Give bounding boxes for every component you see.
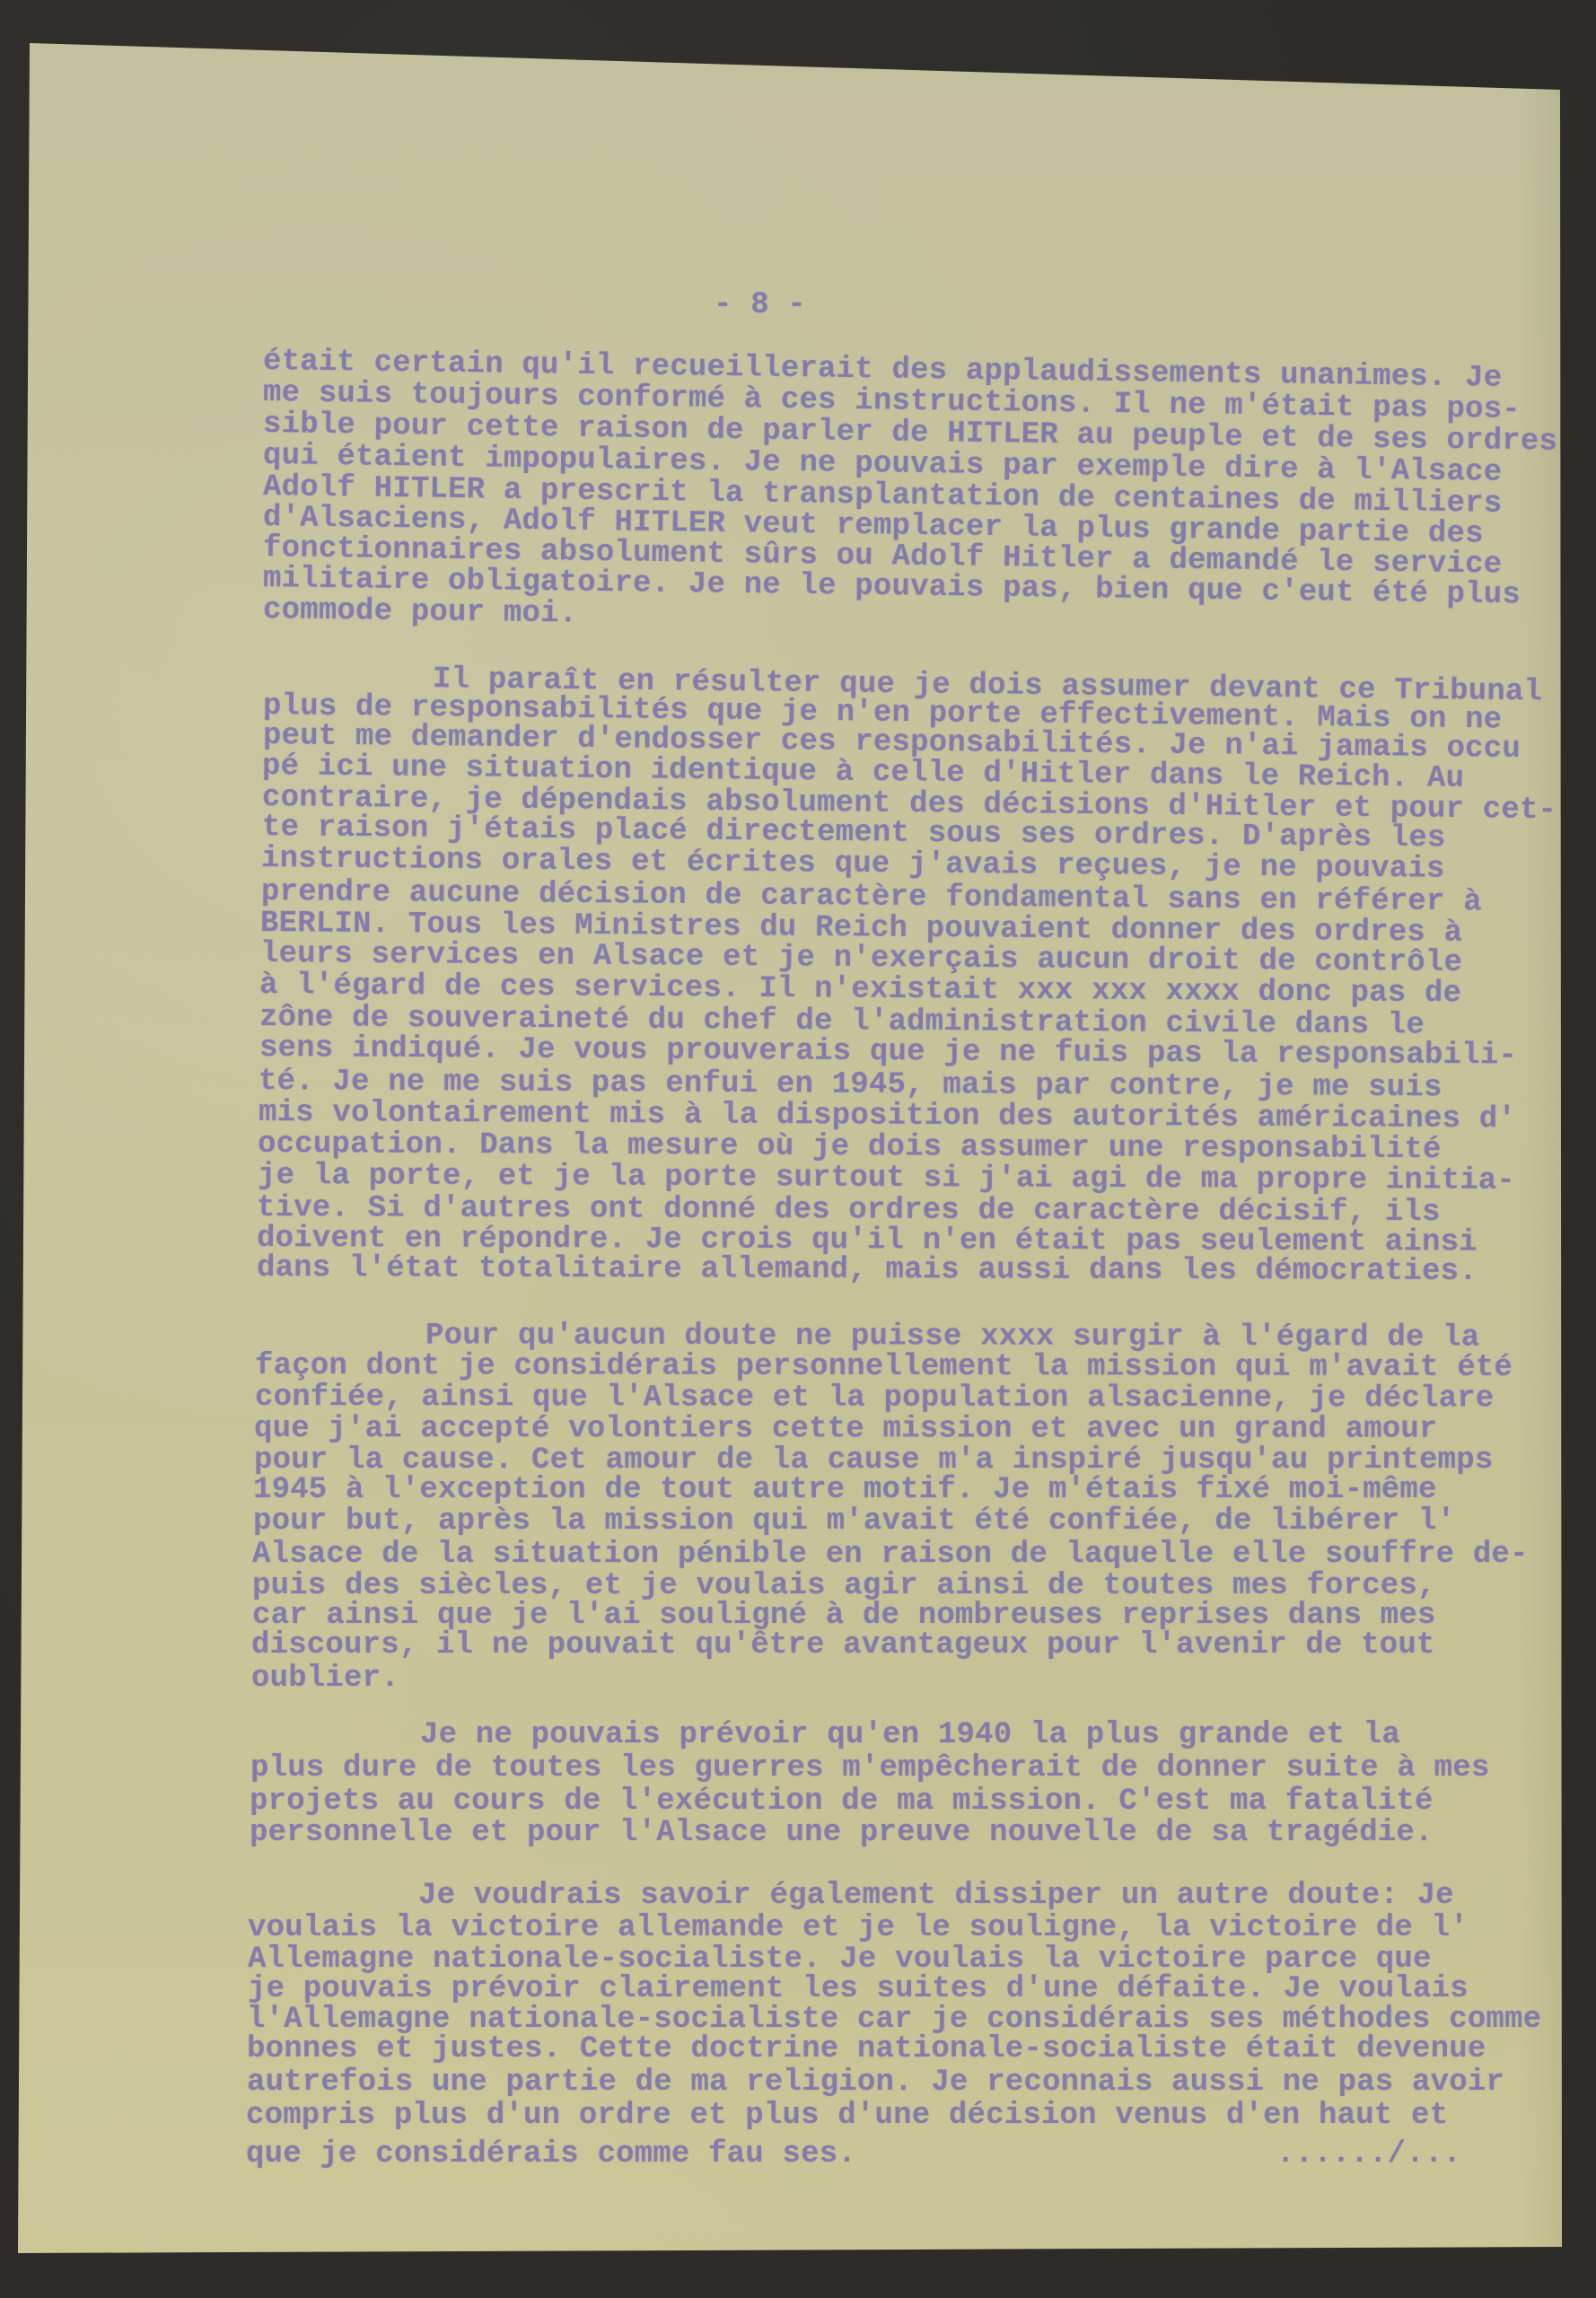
text-line: projets au cours de l'exécution de ma mi… — [250, 1786, 1434, 1817]
text-line: Alsace de la situation pénible en raison… — [252, 1539, 1529, 1570]
text-line: autrefois une partie de ma religion. Je … — [247, 2067, 1504, 2098]
continuation-marker: ....../... — [1276, 2139, 1461, 2170]
text-line: puis des siècles, et je voulais agir ain… — [252, 1571, 1436, 1601]
text-line: discours, il ne pouvait qu'être avantage… — [251, 1630, 1435, 1661]
text-line: compris plus d'un ordre et plus d'une dé… — [246, 2101, 1448, 2131]
text-line: que j'ai accepté volontiers cette missio… — [254, 1414, 1438, 1445]
text-line: pour la cause. Cet amour de la cause m'a… — [254, 1445, 1493, 1476]
text-line: dans l'état totalitaire allemand, mais a… — [257, 1253, 1478, 1287]
text-line: car ainsi que je l'ai souligné à de nomb… — [252, 1601, 1436, 1631]
text-line: bonnes et justes. Cette doctrine nationa… — [247, 2034, 1486, 2065]
text-line: 1945 à l'exception de tout autre motif. … — [253, 1475, 1437, 1505]
text-line: personnelle et pour l'Alsace une preuve … — [250, 1818, 1434, 1848]
scan-background: - 8 - était certain qu'il recueillerait … — [0, 0, 1596, 2298]
page-number: - 8 - — [714, 290, 806, 320]
text-line: façon dont je considérais personnellemen… — [255, 1351, 1513, 1383]
text-line: Je voudrais savoir également dissiper un… — [249, 1881, 1454, 1911]
text-line: Je ne pouvais prévoir qu'en 1940 la plus… — [250, 1720, 1400, 1750]
text-line: pour but, après la mission qui m'avait é… — [253, 1506, 1455, 1537]
text-line: je pouvais prévoir clairement les suites… — [248, 1974, 1469, 2004]
text-line: commode pour moi. — [263, 595, 578, 629]
text-line: oublier. — [251, 1663, 399, 1694]
text-line: que je considérais comme fau ses. — [246, 2139, 856, 2170]
text-line: confiée, ainsi que l'Alsace et la popula… — [255, 1382, 1494, 1414]
text-line: Pour qu'aucun doute ne puisse xxxx surgi… — [256, 1320, 1479, 1354]
text-line: voulais la victoire allemande et je le s… — [248, 1913, 1469, 1943]
text-line: l'Allemagne nationale-socialiste car je … — [247, 2004, 1541, 2035]
text-line: Allemagne nationale-socialiste. Je voula… — [248, 1944, 1432, 1975]
text-line: plus dure de toutes les guerres m'empêch… — [250, 1753, 1489, 1784]
